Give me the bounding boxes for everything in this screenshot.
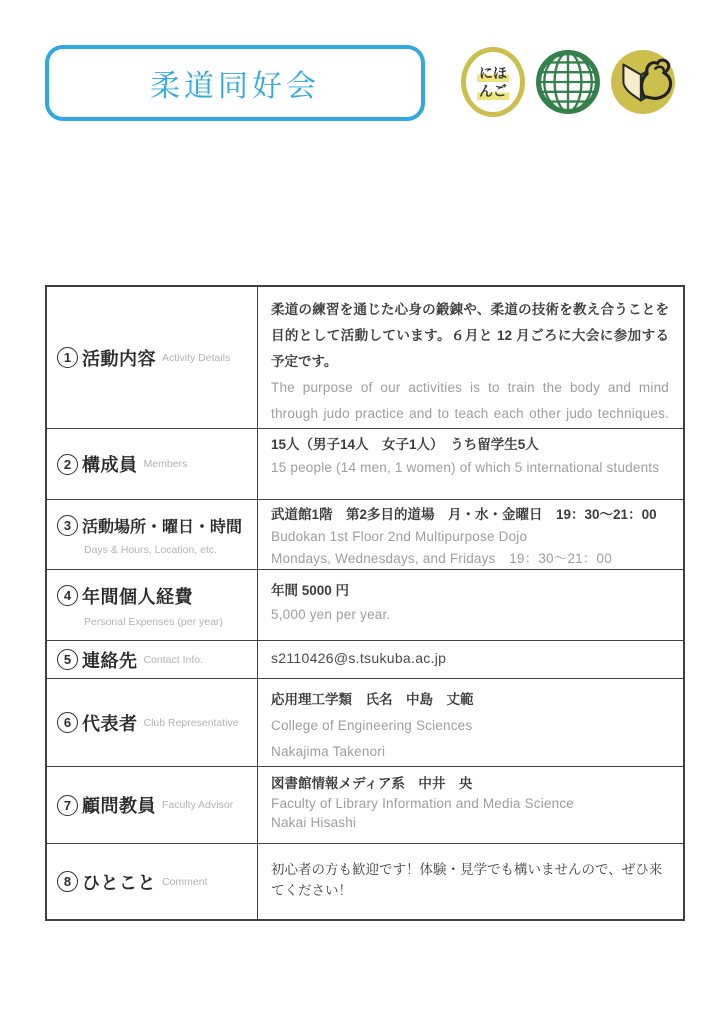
beginner-mark-muscle-icon [611, 47, 675, 117]
row-label-cell: 7 顧問教員 Faculty Advisor [47, 767, 258, 843]
row-label-cell: 3 活動場所・曜日・時間 Days & Hours, Location, etc… [47, 500, 258, 569]
label-english: Club Representative [144, 717, 239, 729]
content-english: College of Engineering Sciences Nakajima… [271, 713, 669, 765]
label-english: Days & Hours, Location, etc. [84, 544, 253, 556]
circled-number: 2 [57, 454, 78, 475]
label-english: Contact Info. [144, 654, 204, 666]
row-label-cell: 2 構成員 Members [47, 429, 258, 499]
circled-number: 4 [57, 585, 78, 606]
table-row-members: 2 構成員 Members 15人（男子14人 女子1人） うち留学生5人 15… [47, 428, 683, 499]
table-row-personal-expenses: 4 年間個人経費 Personal Expenses (per year) 年間… [47, 569, 683, 640]
row-content-cell: 応用理工学類 氏名 中島 丈範 College of Engineering S… [258, 679, 683, 766]
content-japanese: 年間 5000 円 [271, 579, 669, 603]
row-label-cell: 8 ひとこと Comment [47, 844, 258, 919]
row-label: 8 ひとこと Comment [57, 869, 253, 895]
table-row-comment: 8 ひとこと Comment 初心者の方も歓迎です！体験・見学でも構いませんので… [47, 843, 683, 919]
content-japanese: 応用理工学類 氏名 中島 丈範 [271, 687, 669, 713]
row-content-cell: 初心者の方も歓迎です！体験・見学でも構いませんので、ぜひ来てください！ [258, 844, 683, 919]
label-japanese: ひとこと [82, 869, 156, 895]
row-label: 3 活動場所・曜日・時間 [57, 514, 253, 537]
row-content-cell: 年間 5000 円 5,000 yen per year. [258, 570, 683, 640]
club-title-box: 柔道同好会 [45, 45, 425, 121]
row-content-cell: 15人（男子14人 女子1人） うち留学生5人 15 people (14 me… [258, 429, 683, 499]
label-japanese: 年間個人経費 [82, 583, 193, 609]
table-row-faculty-advisor: 7 顧問教員 Faculty Advisor 図書館情報メディア系 中井 央 F… [47, 766, 683, 843]
club-info-table: 1 活動内容 Activity Details 柔道の練習を通じた心身の鍛錬や、… [45, 285, 685, 921]
content-japanese: 初心者の方も歓迎です！体験・見学でも構いませんので、ぜひ来てください！ [271, 859, 669, 901]
label-japanese: 顧問教員 [82, 792, 156, 818]
row-content-cell: s2110426@s.tsukuba.ac.jp [258, 641, 683, 678]
row-label-cell: 4 年間個人経費 Personal Expenses (per year) [47, 570, 258, 640]
row-label: 1 活動内容 Activity Details [57, 345, 253, 371]
row-content-cell: 武道館1階 第2多目的道場 月・水・金曜日 19：30～21：00 Budoka… [258, 500, 683, 569]
label-english: Comment [162, 876, 208, 888]
content-japanese: 図書館情報メディア系 中井 央 [271, 773, 669, 794]
content-english: The purpose of our activities is to trai… [271, 375, 669, 428]
content-japanese: 15人（男子14人 女子1人） うち留学生5人 [271, 433, 669, 456]
language-badges: にほ んご [461, 47, 675, 117]
circled-number: 1 [57, 347, 78, 368]
label-english: Activity Details [162, 352, 230, 364]
row-label: 6 代表者 Club Representative [57, 710, 253, 736]
header: 柔道同好会 にほ んご [45, 45, 685, 123]
row-label: 5 連絡先 Contact Info. [57, 647, 253, 673]
label-english: Members [144, 458, 188, 470]
row-label-cell: 6 代表者 Club Representative [47, 679, 258, 766]
contact-email: s2110426@s.tsukuba.ac.jp [271, 650, 446, 666]
label-english: Personal Expenses (per year) [84, 616, 253, 628]
row-label: 4 年間個人経費 [57, 583, 253, 609]
label-japanese: 構成員 [82, 451, 138, 477]
row-label-cell: 1 活動内容 Activity Details [47, 287, 258, 428]
globe-icon [536, 47, 600, 117]
circled-number: 5 [57, 649, 78, 670]
content-japanese: 武道館1階 第2多目的道場 月・水・金曜日 19：30～21：00 [271, 504, 669, 526]
table-row-activity-details: 1 活動内容 Activity Details 柔道の練習を通じた心身の鍛錬や、… [47, 287, 683, 428]
nihongo-badge-line2: んご [477, 82, 509, 100]
circled-number: 6 [57, 712, 78, 733]
nihongo-badge: にほ んご [461, 47, 525, 117]
table-row-contact-info: 5 連絡先 Contact Info. s2110426@s.tsukuba.a… [47, 640, 683, 678]
club-title: 柔道同好会 [150, 61, 320, 105]
content-english: 5,000 yen per year. [271, 603, 669, 627]
circled-number: 3 [57, 515, 78, 536]
content-english: Budokan 1st Floor 2nd Multipurpose Dojo … [271, 526, 669, 569]
row-content-cell: 柔道の練習を通じた心身の鍛錬や、柔道の技術を教え合うことを目的として活動していま… [258, 287, 683, 428]
label-japanese: 連絡先 [82, 647, 138, 673]
content-japanese: 柔道の練習を通じた心身の鍛錬や、柔道の技術を教え合うことを目的として活動していま… [271, 297, 669, 375]
row-content-cell: 図書館情報メディア系 中井 央 Faculty of Library Infor… [258, 767, 683, 843]
content-english: Faculty of Library Information and Media… [271, 794, 669, 832]
club-info-sheet: 柔道同好会 にほ んご [0, 0, 725, 1024]
row-label-cell: 5 連絡先 Contact Info. [47, 641, 258, 678]
circled-number: 7 [57, 795, 78, 816]
label-japanese: 活動場所・曜日・時間 [82, 514, 242, 537]
label-japanese: 活動内容 [82, 345, 156, 371]
label-japanese: 代表者 [82, 710, 138, 736]
content-english: 15 people (14 men, 1 women) of which 5 i… [271, 456, 669, 479]
table-row-club-representative: 6 代表者 Club Representative 応用理工学類 氏名 中島 丈… [47, 678, 683, 766]
circled-number: 8 [57, 871, 78, 892]
row-label: 2 構成員 Members [57, 451, 253, 477]
table-row-location-days-hours: 3 活動場所・曜日・時間 Days & Hours, Location, etc… [47, 499, 683, 569]
nihongo-badge-line1: にほ [477, 64, 509, 82]
label-english: Faculty Advisor [162, 799, 233, 811]
row-label: 7 顧問教員 Faculty Advisor [57, 792, 253, 818]
